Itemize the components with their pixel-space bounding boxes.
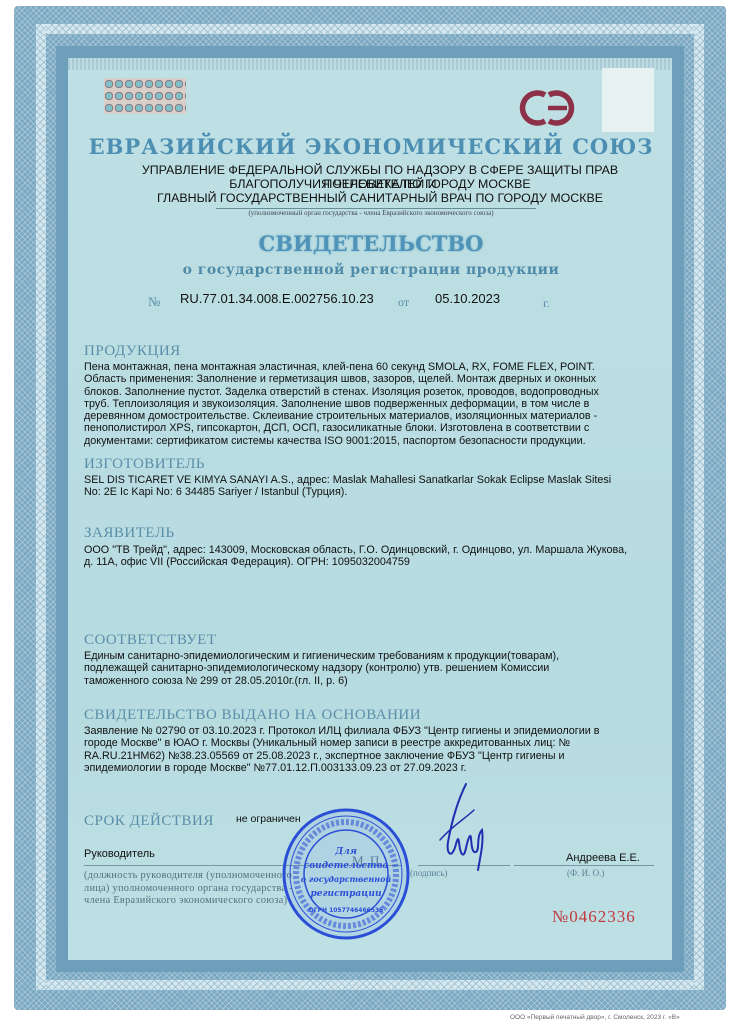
product-line: документами: сертификатом системы качест… — [84, 435, 654, 447]
svg-text:о государственной: о государственной — [301, 874, 392, 884]
validity-heading: СРОК ДЕЙСТВИЯ — [84, 813, 214, 830]
conformity-line: подлежащей санитарно-эпидемиологическому… — [84, 662, 654, 674]
svg-text:свидетельства: свидетельства — [304, 861, 389, 871]
hologram-patch — [602, 68, 654, 132]
product-line: пенополистирол XPS, гипсокартон, ДСП, ОС… — [84, 422, 654, 434]
certificate-date: 05.10.2023 — [435, 291, 500, 306]
agency-note: (уполномоченный орган государства - член… — [0, 209, 742, 217]
position-caption-line: лица) уполномоченного органа государства… — [84, 883, 293, 896]
basis-line: городе Москве" в ЮАО г. Москвы (Уникальн… — [84, 737, 654, 749]
manufacturer-line: SEL DIS TICARET VE KIMYA SANAYI A.S., ад… — [84, 474, 654, 486]
product-line: блоков. Заполнение пустот. Заделка отвер… — [84, 386, 654, 398]
position-caption: (должность руководителя (уполномоченного… — [84, 870, 293, 908]
printer-note: ООО «Первый печатный двор», г. Смоленск,… — [510, 1014, 680, 1021]
basis-line: RA.RU.21НМ62) №38.23.05569 от 25.08.2023… — [84, 750, 654, 762]
conformity-line: таможенного союза № 299 от 28.05.2010г.(… — [84, 675, 654, 687]
certificate-number: RU.77.01.34.008.E.002756.10.23 — [180, 291, 374, 306]
manufacturer-line: No: 2E Ic Kapi No: 6 34485 Sariyer / Ist… — [84, 486, 654, 498]
position-caption-line: (должность руководителя (уполномоченного — [84, 870, 293, 883]
conformity-details: Единым санитарно-эпидемиологическим и ги… — [84, 650, 654, 687]
union-title: ЕВРАЗИЙСКИЙ ЭКОНОМИЧЕСКИЙ СОЮЗ — [0, 134, 742, 159]
manufacturer-heading: ИЗГОТОВИТЕЛЬ — [84, 456, 205, 473]
basis-details: Заявление № 02790 от 03.10.2023 г. Прото… — [84, 725, 654, 774]
name-underline — [514, 865, 654, 866]
number-label: № — [148, 294, 160, 310]
applicant-details: ООО "ТВ Трейд", адрес: 143009, Московска… — [84, 544, 654, 569]
handwritten-signature-icon — [422, 780, 492, 880]
year-suffix: г. — [543, 296, 550, 311]
customs-union-se-logo-icon — [515, 86, 587, 130]
product-line: Пена монтажная, пена монтажная эластична… — [84, 361, 654, 373]
basis-heading: СВИДЕТЕЛЬСТВО ВЫДАНО НА ОСНОВАНИИ — [84, 707, 421, 724]
security-pattern-icon — [104, 78, 186, 114]
date-label: от — [398, 295, 409, 310]
product-line: деревянном домостроительстве. Склеивание… — [84, 410, 654, 422]
serial-number: №0462336 — [552, 907, 636, 927]
product-heading: ПРОДУКЦИЯ — [84, 343, 181, 360]
applicant-heading: ЗАЯВИТЕЛЬ — [84, 525, 175, 542]
svg-text:регистрации: регистрации — [310, 889, 382, 899]
decorative-top-band — [68, 58, 672, 70]
agency-line-3: ГЛАВНЫЙ ГОСУДАРСТВЕННЫЙ САНИТАРНЫЙ ВРАЧ … — [100, 191, 660, 205]
position-caption-line: члена Евразийского экономического союза) — [84, 895, 293, 908]
conformity-line: Единым санитарно-эпидемиологическим и ги… — [84, 650, 654, 662]
manufacturer-details: SEL DIS TICARET VE KIMYA SANAYI A.S., ад… — [84, 474, 654, 499]
basis-line: эпидемиологии в городе Москве" №77.01.12… — [84, 762, 654, 774]
basis-line: Заявление № 02790 от 03.10.2023 г. Прото… — [84, 725, 654, 737]
certificate-title: СВИДЕТЕЛЬСТВО — [0, 231, 742, 256]
conformity-heading: СООТВЕТСТВУЕТ — [84, 632, 217, 649]
name-caption: (Ф. И. О.) — [567, 868, 604, 878]
applicant-line: ООО "ТВ Трейд", адрес: 143009, Московска… — [84, 544, 654, 556]
agency-line-2: БЛАГОПОЛУЧИЯ ЧЕЛОВЕКА ПО ГОРОДУ МОСКВЕ — [100, 177, 660, 191]
official-stamp-icon: Для свидетельства о государственной реги… — [281, 806, 411, 942]
product-line: Область применения: Заполнение и гермети… — [84, 373, 654, 385]
signer-name: Андреева Е.Е. — [566, 852, 640, 864]
product-description: Пена монтажная, пена монтажная эластична… — [84, 361, 654, 447]
certificate-subtitle: о государственной регистрации продукции — [0, 262, 742, 278]
applicant-line: д. 11А, офис VII (Российская Федерация).… — [84, 556, 654, 568]
position-label: Руководитель — [84, 848, 155, 860]
svg-text:ОГРН 1057746466535: ОГРН 1057746466535 — [309, 907, 384, 914]
product-line: труб. Теплоизоляция и звукоизоляция. Зап… — [84, 398, 654, 410]
svg-text:Для: Для — [334, 847, 357, 857]
